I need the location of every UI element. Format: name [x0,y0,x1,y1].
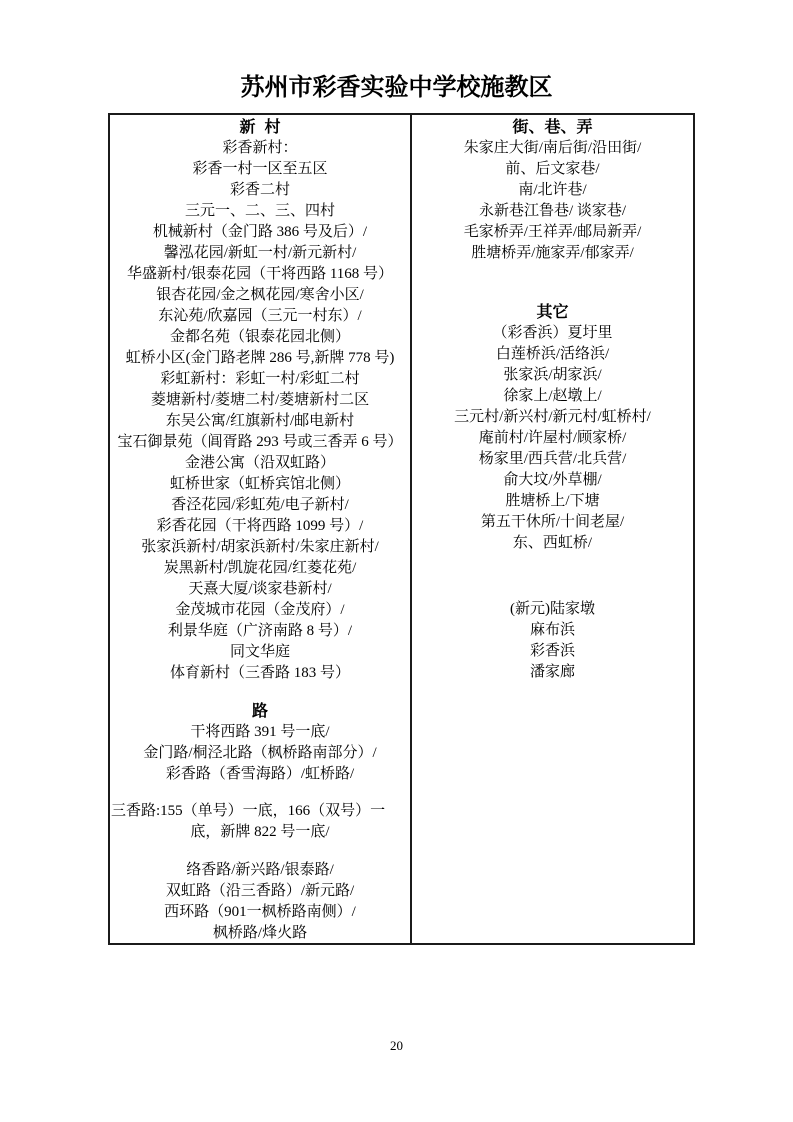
sanxiang-road-line-1: 三香路:155（单号）一底，166（双号）一 [110,801,410,822]
column-new-villages: 新 村 彩香新村：彩香一村一区至五区彩香二村三元一、二、三、四村机械新村（金门路… [110,115,412,943]
text-line: 张家浜新村/胡家浜新村/朱家庄新村/ [110,537,410,558]
text-line: 天熹大厦/谈家巷新村/ [110,579,410,600]
text-line: 馨泓花园/新虹一村/新元新村/ [110,243,410,264]
text-line: 华盛新村/银泰花园（干将西路 1168 号） [110,264,410,285]
text-line: 前、后文家巷/ [412,159,693,180]
text-line: 三元一、二、三、四村 [110,201,410,222]
text-line: 朱家庄大街/南后街/沿田街/ [412,138,693,159]
text-line: 彩香浜 [412,641,693,662]
text-line: 络香路/新兴路/银泰路/ [110,860,410,881]
text-line: 彩香新村： [110,138,410,159]
text-line: 东吴公寓/红旗新村/邮电新村 [110,411,410,432]
text-line: 杨家里/西兵营/北兵营/ [412,449,693,470]
spacer [110,843,410,860]
text-line: 俞大坟/外草棚/ [412,470,693,491]
text-line: 彩香路（香雪海路）/虹桥路/ [110,764,410,785]
text-line: 银杏花园/金之枫花园/寒舍小区/ [110,285,410,306]
spacer [110,684,410,701]
text-line: 利景华庭（广济南路 8 号）/ [110,621,410,642]
text-line: 白莲桥浜/活络浜/ [412,344,693,365]
road-list-2: 络香路/新兴路/银泰路/双虹路（沿三香路）/新元路/西环路（901一枫桥路南侧）… [110,860,410,943]
roads-header: 路 [110,701,410,722]
text-line: 宝石御景苑（阊胥路 293 号或三香弄 6 号） [110,432,410,453]
text-line: 金茂城市花园（金茂府）/ [110,600,410,621]
spacer [110,785,410,801]
text-line: 机械新村（金门路 386 号及后）/ [110,222,410,243]
road-list: 干将西路 391 号一底/金门路/桐泾北路（枫桥路南部分）/彩香路（香雪海路）/… [110,722,410,785]
text-line: 南/北许巷/ [412,180,693,201]
street-list: 朱家庄大街/南后街/沿田街/前、后文家巷/南/北许巷/永新巷江鲁巷/ 谈家巷/毛… [412,138,693,264]
text-line: 彩香一村一区至五区 [110,159,410,180]
text-line: 毛家桥弄/王祥弄/邮局新弄/ [412,222,693,243]
text-line: 徐家上/赵墩上/ [412,386,693,407]
text-line: 炭黑新村/凯旋花园/红菱花苑/ [110,558,410,579]
text-line: 潘家廊 [412,662,693,683]
text-line: 虹桥世家（虹桥宾馆北侧） [110,474,410,495]
document-page: 苏州市彩香实验中学校施教区 新 村 彩香新村：彩香一村一区至五区彩香二村三元一、… [0,0,793,1122]
text-line: 庵前村/许屋村/顾家桥/ [412,428,693,449]
text-line: 菱塘新村/菱塘二村/菱塘新村二区 [110,390,410,411]
spacer [412,554,693,599]
text-line: 胜塘桥上/下塘 [412,491,693,512]
other-header: 其它 [412,302,693,323]
text-line: 香泾花园/彩虹苑/电子新村/ [110,495,410,516]
new-villages-header: 新 村 [110,117,410,138]
text-line: (新元)陆家墩 [412,599,693,620]
school-district-table: 新 村 彩香新村：彩香一村一区至五区彩香二村三元一、二、三、四村机械新村（金门路… [108,113,695,945]
text-line: 金都名苑（银泰花园北侧） [110,327,410,348]
text-line: 胜塘桥弄/施家弄/郁家弄/ [412,243,693,264]
streets-header: 街、巷、弄 [412,117,693,138]
text-line: 西环路（901一枫桥路南侧）/ [110,902,410,923]
text-line: 东、西虹桥/ [412,533,693,554]
text-line: 同文华庭 [110,642,410,663]
text-line: 彩香花园（干将西路 1099 号）/ [110,516,410,537]
text-line: 双虹路（沿三香路）/新元路/ [110,881,410,902]
text-line: 彩虹新村：彩虹一村/彩虹二村 [110,369,410,390]
text-line: 第五干休所/十间老屋/ [412,512,693,533]
text-line: 金门路/桐泾北路（枫桥路南部分）/ [110,743,410,764]
text-line: 三元村/新兴村/新元村/虹桥村/ [412,407,693,428]
text-line: 麻布浜 [412,620,693,641]
text-line: （彩香浜）夏圩里 [412,323,693,344]
sanxiang-road-line-2: 底，新牌 822 号一底/ [110,822,410,843]
text-line: 体育新村（三香路 183 号） [110,663,410,684]
text-line: 东沁苑/欣嘉园（三元一村东）/ [110,306,410,327]
page-title: 苏州市彩香实验中学校施教区 [0,74,793,102]
text-line: 彩香二村 [110,180,410,201]
text-line: 永新巷江鲁巷/ 谈家巷/ [412,201,693,222]
xinyuan-list: (新元)陆家墩麻布浜彩香浜潘家廊 [412,599,693,683]
text-line: 金港公寓（沿双虹路） [110,453,410,474]
spacer [412,264,693,302]
text-line: 干将西路 391 号一底/ [110,722,410,743]
page-number: 20 [0,1038,793,1054]
text-line: 枫桥路/烽火路 [110,923,410,943]
text-line: 虹桥小区(金门路老牌 286 号,新牌 778 号) [110,348,410,369]
estate-list: 彩香新村：彩香一村一区至五区彩香二村三元一、二、三、四村机械新村（金门路 386… [110,138,410,684]
other-list: （彩香浜）夏圩里白莲桥浜/活络浜/张家浜/胡家浜/徐家上/赵墩上/三元村/新兴村… [412,323,693,554]
text-line: 张家浜/胡家浜/ [412,365,693,386]
column-streets-lanes-alleys: 街、巷、弄 朱家庄大街/南后街/沿田街/前、后文家巷/南/北许巷/永新巷江鲁巷/… [412,115,693,943]
